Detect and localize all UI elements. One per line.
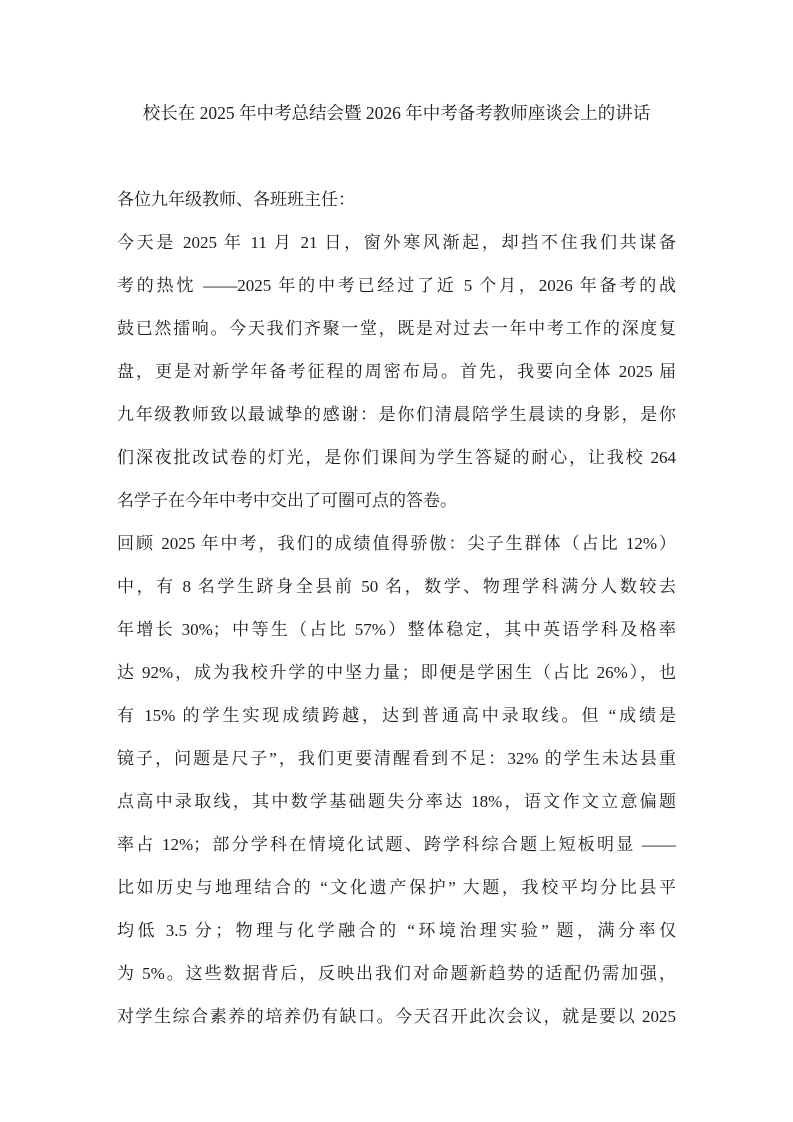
text-line: 年增长 30%；中等生（占比 57%）整体稳定，其中英语学科及格率 [117,608,676,651]
text-line: 为 5%。这些数据背后，反映出我们对命题新趋势的适配仍需加强， [117,952,676,995]
paragraph: 今天是 2025 年 11 月 21 日，窗外寒风渐起，却挡不住我们共谋备考的热… [117,221,676,522]
text-line: 中，有 8 名学生跻身全县前 50 名，数学、物理学科满分人数较去 [117,565,676,608]
text-line: 九年级教师致以最诚挚的感谢：是你们清晨陪学生晨读的身影，是你 [117,393,676,436]
text-line: 镜子，问题是尺子”，我们更要清醒看到不足：32% 的学生未达县重 [117,737,676,780]
text-line: 名学子在今年中考中交出了可圈可点的答卷。 [117,479,676,522]
text-line: 均低 3.5 分；物理与化学融合的 “环境治理实验” 题，满分率仅 [117,909,676,952]
text-line: 今天是 2025 年 11 月 21 日，窗外寒风渐起，却挡不住我们共谋备 [117,221,676,264]
text-line: 率占 12%；部分学科在情境化试题、跨学科综合题上短板明显 —— [117,823,676,866]
text-line: 点高中录取线，其中数学基础题失分率达 18%，语文作文立意偏题 [117,780,676,823]
document-body: 各位九年级教师、各班班主任：今天是 2025 年 11 月 21 日，窗外寒风渐… [117,178,676,1038]
text-line: 们深夜批改试卷的灯光，是你们课间为学生答疑的耐心，让我校 264 [117,436,676,479]
paragraph: 各位九年级教师、各班班主任： [117,178,676,221]
text-line: 鼓已然擂响。今天我们齐聚一堂，既是对过去一年中考工作的深度复 [117,307,676,350]
text-line: 有 15% 的学生实现成绩跨越，达到普通高中录取线。但 “成绩是 [117,694,676,737]
text-line: 考的热忱 ——2025 年的中考已经过了近 5 个月，2026 年备考的战 [117,264,676,307]
text-line: 盘，更是对新学年备考征程的周密布局。首先，我要向全体 2025 届 [117,350,676,393]
text-line: 各位九年级教师、各班班主任： [117,178,676,221]
document-page: 校长在 2025 年中考总结会暨 2026 年中考备考教师座谈会上的讲话 各位九… [0,0,793,1122]
text-line: 对学生综合素养的培养仍有缺口。今天召开此次会议，就是要以 2025 [117,995,676,1038]
text-line: 回顾 2025 年中考，我们的成绩值得骄傲：尖子生群体（占比 12%） [117,522,676,565]
paragraph: 回顾 2025 年中考，我们的成绩值得骄傲：尖子生群体（占比 12%）中，有 8… [117,522,676,1038]
text-line: 比如历史与地理结合的 “文化遗产保护” 大题，我校平均分比县平 [117,866,676,909]
text-line: 达 92%，成为我校升学的中坚力量；即便是学困生（占比 26%），也 [117,651,676,694]
document-title: 校长在 2025 年中考总结会暨 2026 年中考备考教师座谈会上的讲话 [117,92,676,135]
